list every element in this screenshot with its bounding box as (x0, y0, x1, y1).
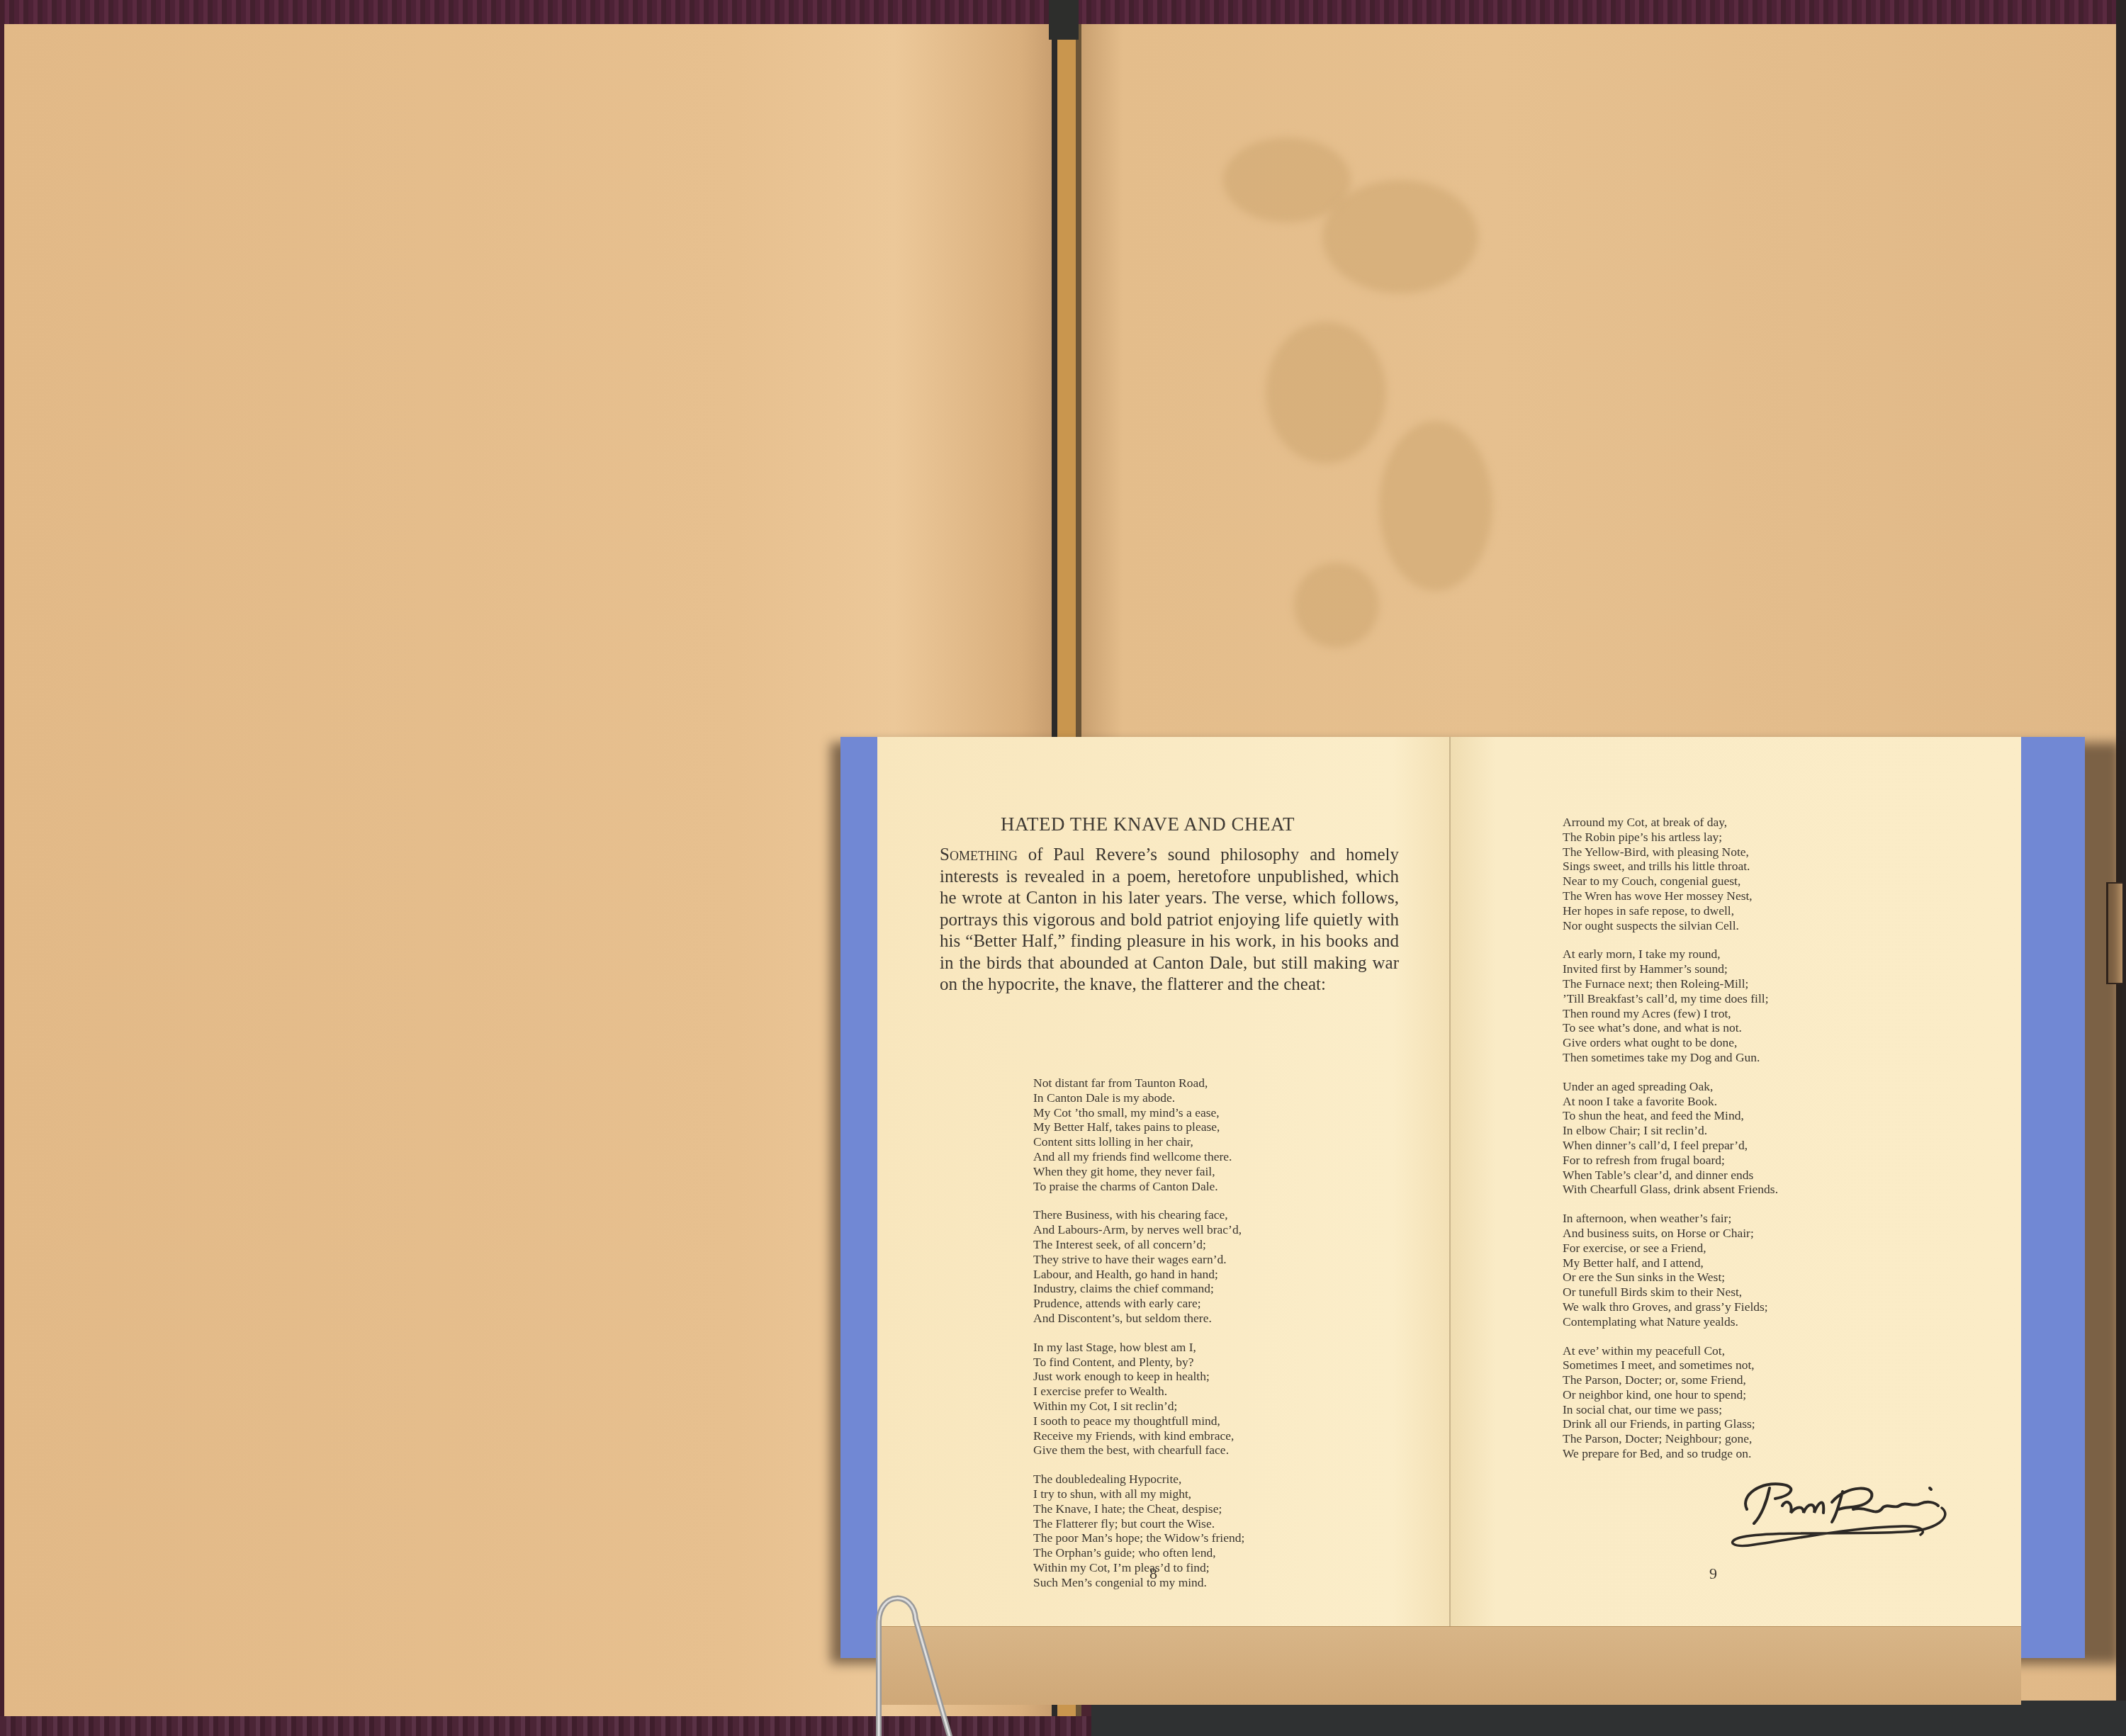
poem-line: With Chearfull Glass, drink absent Frien… (1563, 1182, 1778, 1197)
poem-line: Or neighbor kind, one hour to spend; (1563, 1387, 1778, 1402)
poem-line: And Labours-Arm, by nerves well brac’d, (1033, 1222, 1244, 1237)
stanza-gap (1033, 1193, 1244, 1207)
poem-line: For exercise, or see a Friend, (1563, 1241, 1778, 1256)
poem-line: And business suits, on Horse or Chair; (1563, 1226, 1778, 1241)
dark-background (1091, 1701, 2126, 1736)
poem-line: Her hopes in safe repose, to dwell, (1563, 903, 1778, 918)
poem-line: We prepare for Bed, and so trudge on. (1563, 1446, 1778, 1461)
poem-line: Near to my Couch, congenial guest, (1563, 874, 1778, 889)
poem-line: Such Men’s congenial to my mind. (1033, 1575, 1244, 1590)
poem-line: Sings sweet, and trills his little throa… (1563, 859, 1778, 874)
poem-line: We walk thro Groves, and grass’y Fields; (1563, 1300, 1778, 1314)
poem-line: Give them the best, with chearfull face. (1033, 1443, 1244, 1458)
stanza-gap (1563, 1065, 1778, 1079)
poem-line: To see what’s done, and what is not. (1563, 1020, 1778, 1035)
poem-line: Then round my Acres (few) I trot, (1563, 1006, 1778, 1021)
poem-line: At early morn, I take my round, (1563, 947, 1778, 962)
poem-line: To shun the heat, and feed the Mind, (1563, 1108, 1778, 1123)
poem-line: The Furnace next; then Roleing-Mill; (1563, 976, 1778, 991)
pamphlet-tuck-flap (877, 1626, 2021, 1705)
poem-line: To find Content, and Plenty, by? (1033, 1355, 1244, 1370)
poem-line: To praise the charms of Canton Dale. (1033, 1179, 1244, 1194)
poem-line: Sometimes I meet, and sometimes not, (1563, 1358, 1778, 1373)
poem-line: Then sometimes take my Dog and Gun. (1563, 1050, 1778, 1065)
poem-line: And all my friends find wellcome there. (1033, 1149, 1244, 1164)
poem-line: The Parson, Docter; Neighbour; gone, (1563, 1431, 1778, 1446)
poem-line: The poor Man’s hope; the Widow’s friend; (1033, 1531, 1244, 1545)
poem-line: And Discontent’s, but seldom there. (1033, 1311, 1244, 1326)
poem-line: Not distant far from Taunton Road, (1033, 1076, 1244, 1090)
poem-line: There Business, with his chearing face, (1033, 1207, 1244, 1222)
poem-line: Arround my Cot, at break of day, (1563, 815, 1778, 830)
poem-line: Give orders what ought to be done, (1563, 1035, 1778, 1050)
signature-paul-revere: Paul Revere (1726, 1474, 1952, 1552)
poem-line: Content sitts lolling in her chair, (1033, 1134, 1244, 1149)
hinge-cap (1049, 0, 1079, 40)
poem-line: In my last Stage, how blest am I, (1033, 1340, 1244, 1355)
poem-line: For to refresh from frugal board; (1563, 1153, 1778, 1168)
poem-line: Under an aged spreading Oak, (1563, 1079, 1778, 1094)
poem-line: Nor ought suspects the silvian Cell. (1563, 918, 1778, 933)
stanza-gap (1563, 1197, 1778, 1211)
poem-line: The Wren has wove Her mossey Nest, (1563, 889, 1778, 903)
poem-left-column: Not distant far from Taunton Road,In Can… (1033, 1076, 1244, 1590)
poem-line: The Orphan’s guide; who often lend, (1033, 1545, 1244, 1560)
intro-paragraph: Something of Paul Revere’s sound philoso… (940, 845, 1399, 996)
poem-line: Drink all our Friends, in parting Glass; (1563, 1416, 1778, 1431)
poem-line: Or ere the Sun sinks in the West; (1563, 1270, 1778, 1285)
poem-line: My Cot ’tho small, my mind’s a ease, (1033, 1105, 1244, 1120)
poem-line: The Interest seek, of all concern’d; (1033, 1237, 1244, 1252)
poem-line: Labour, and Health, go hand in hand; (1033, 1267, 1244, 1282)
poem-line: I exercise prefer to Wealth. (1033, 1384, 1244, 1399)
stanza-gap (1563, 932, 1778, 947)
stanza-gap (1033, 1326, 1244, 1340)
water-stain (1379, 421, 1492, 591)
water-stain (1266, 322, 1386, 463)
poem-line: In Canton Dale is my abode. (1033, 1090, 1244, 1105)
poem-line: The Flatterer fly; but court the Wise. (1033, 1516, 1244, 1531)
water-stain (1294, 563, 1379, 648)
poem-line: ’Till Breakfast’s call’d, my time does f… (1563, 991, 1778, 1006)
poem-line: I sooth to peace my thoughtfull mind, (1033, 1414, 1244, 1428)
poem-line: In elbow Chair; I sit reclin’d. (1563, 1123, 1778, 1138)
poem-line: The doubledealing Hypocrite, (1033, 1472, 1244, 1487)
poem-line: Prudence, attends with early care; (1033, 1296, 1244, 1311)
poem-line: Contemplating what Nature yealds. (1563, 1314, 1778, 1329)
poem-line: At noon I take a favorite Book. (1563, 1094, 1778, 1109)
poem-line: Receive my Friends, with kind embrace, (1033, 1428, 1244, 1443)
poem-line: When they git home, they never fail, (1033, 1164, 1244, 1179)
poem-line: In social chat, our time we pass; (1563, 1402, 1778, 1417)
poem-line: Industry, claims the chief command; (1033, 1281, 1244, 1296)
page-number-right: 9 (1709, 1565, 1717, 1583)
article-title: HATED THE KNAVE AND CHEAT (1001, 813, 1295, 835)
poem-line: Within my Cot, I’m pleas’d to find; (1033, 1560, 1244, 1575)
poem-line: When dinner’s call’d, I feel prepar’d, (1563, 1138, 1778, 1153)
paperclip[interactable] (872, 1580, 957, 1736)
stanza-gap (1033, 1458, 1244, 1472)
page-number-left: 8 (1149, 1565, 1157, 1583)
poem-line: At eve’ within my peacefull Cot, (1563, 1343, 1778, 1358)
stanza-gap (1563, 1329, 1778, 1343)
poem-right-column: Arround my Cot, at break of day,The Robi… (1563, 815, 1778, 1461)
poem-line: Within my Cot, I sit reclin’d; (1033, 1399, 1244, 1414)
pamphlet-gutter (1449, 737, 1451, 1626)
poem-line: Just work enough to keep in health; (1033, 1369, 1244, 1384)
poem-line: The Robin pipe’s his artless lay; (1563, 830, 1778, 845)
water-stain (1322, 180, 1478, 293)
poem-line: I try to shun, with all my might, (1033, 1487, 1244, 1501)
poem-line: When Table’s clear’d, and dinner ends (1563, 1168, 1778, 1183)
poem-line: My Better half, and I attend, (1563, 1256, 1778, 1270)
poem-line: Invited first by Hammer’s sound; (1563, 962, 1778, 976)
poem-line: The Knave, I hate; the Cheat, despise; (1033, 1501, 1244, 1516)
poem-line: My Better Half, takes pains to please, (1033, 1120, 1244, 1134)
intro-text: of Paul Revere’s sound philosophy and ho… (940, 845, 1399, 994)
poem-line: The Parson, Docter; or, some Friend, (1563, 1373, 1778, 1387)
poem-line: In afternoon, when weather’s fair; (1563, 1211, 1778, 1226)
poem-line: They strive to have their wages earn’d. (1033, 1252, 1244, 1267)
poem-line: Or tunefull Birds skim to their Nest, (1563, 1285, 1778, 1300)
poem-line: The Yellow-Bird, with pleasing Note, (1563, 845, 1778, 859)
intro-lead: Something (940, 845, 1018, 864)
